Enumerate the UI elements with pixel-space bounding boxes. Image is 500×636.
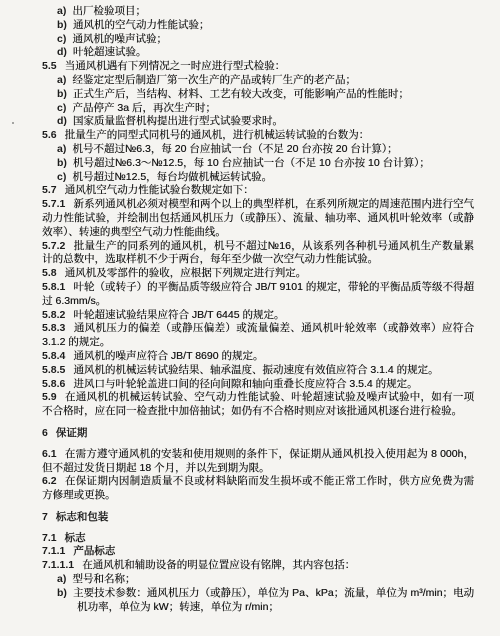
clause-text: 通风机空气动力性能试验台数规定如下： xyxy=(65,184,254,196)
clause-6-2: 6.2在保证期内因制造质量不良或材料缺陷而发生损坏或不能正常工作时，供方应免费为… xyxy=(42,475,474,503)
clause-number: 5.8.6 xyxy=(42,378,65,390)
item-label: a) xyxy=(57,573,66,585)
list-item: a)机号不超过№6.3，每 20 台应抽试一台（不足 20 台亦按 20 台计算… xyxy=(42,143,474,157)
clause-number: 5.8.2 xyxy=(42,309,65,321)
clause-5-7: 5.7通风机空气动力性能试验台数规定如下： xyxy=(42,184,474,198)
clause-number: 5.8.5 xyxy=(42,364,65,376)
clause-5-8-6: 5.8.6进风口与叶轮轮盖进口间的径向间隙和轴向重叠长度应符合 3.5.4 的规… xyxy=(42,378,474,392)
item-label: b) xyxy=(57,88,67,100)
item-label: d) xyxy=(57,46,67,58)
subsection-title: 标志 xyxy=(65,532,86,544)
item-label: d) xyxy=(57,115,67,127)
clause-text: 通风机压力的偏差（或静压偏差）或流量偏差、通风机叶轮效率（或静效率）应符合 3.… xyxy=(42,322,474,348)
subsection-title: 产品标志 xyxy=(73,545,115,557)
clause-5-6: 5.6批量生产的同型式同机号的通风机，进行机械运转试验的台数为： xyxy=(42,129,474,143)
clause-text: 在通风机和辅助设备的明显位置应设有铭牌，其内容包括： xyxy=(82,559,355,571)
section-number: 6 xyxy=(42,427,48,439)
clause-number: 6.1 xyxy=(42,448,57,460)
list-item: d)国家质量监督机构提出进行型式试验要求时。 xyxy=(42,115,474,129)
clause-number: 5.7 xyxy=(42,184,57,196)
clause-number: 5.5 xyxy=(42,60,57,72)
list-item: b)主要技术参数：通风机压力（或静压），单位为 Pa、kPa；流量，单位为 m³… xyxy=(42,587,474,615)
item-label: b) xyxy=(57,587,67,599)
item-text: 出厂检验项目； xyxy=(72,5,146,17)
clause-5-7-2: 5.7.2批量生产的同系列的通风机，机号不超过№16，从该系列各种机号通风机生产… xyxy=(42,240,474,268)
item-text: 正式生产后，当结构、材料、工艺有较大改变，可能影响产品的性能时； xyxy=(73,88,409,100)
item-text: 产品停产 3a 后，再次生产时； xyxy=(72,102,216,114)
item-label: b) xyxy=(57,157,67,169)
clause-number: 5.9 xyxy=(42,391,57,403)
clause-text: 通风机的机械运转试验结果、轴承温度、振动速度有效值应符合 3.1.4 的规定。 xyxy=(73,364,438,376)
clause-number: 7.1.1 xyxy=(42,545,65,557)
document-body: a)出厂检验项目； b)通风机的空气动力性能试验； c)通风机的噪声试验； d)… xyxy=(42,5,474,614)
item-text: 叶轮超速试验。 xyxy=(73,46,147,58)
list-item: b)机号超过№6.3～№12.5，每 10 台应抽试一台（不足 10 台亦按 1… xyxy=(42,157,474,171)
clause-5-8-3: 5.8.3通风机压力的偏差（或静压偏差）或流量偏差、通风机叶轮效率（或静效率）应… xyxy=(42,322,474,350)
item-label: c) xyxy=(57,171,66,183)
clause-number: 5.8.4 xyxy=(42,350,65,362)
clause-text: 在需方遵守通风机的安装和使用规则的条件下，保证期从通风机投入使用起为 8 000… xyxy=(42,448,474,474)
clause-7-1-1-1: 7.1.1.1在通风机和辅助设备的明显位置应设有铭牌，其内容包括： xyxy=(42,559,474,573)
item-text: 机号不超过№6.3，每 20 台应抽试一台（不足 20 台亦按 20 台计算）； xyxy=(72,143,397,155)
subsection-7-1-1: 7.1.1产品标志 xyxy=(42,545,474,559)
clause-text: 通风机的噪声应符合 JB/T 8690 的规定。 xyxy=(73,350,263,362)
clause-5-7-1: 5.7.1新系列通风机必须对模型和两个以上的典型样机，在系列所规定的周速范围内进… xyxy=(42,198,474,239)
list-item: a)型号和名称； xyxy=(42,573,474,587)
clause-text: 批量生产的同型式同机号的通风机，进行机械运转试验的台数为： xyxy=(65,129,370,141)
clause-5-8-2: 5.8.2叶轮超速试验结果应符合 JB/T 6445 的规定。 xyxy=(42,309,474,323)
item-text: 通风机的空气动力性能试验； xyxy=(73,19,210,31)
clause-number: 5.7.2 xyxy=(42,240,65,252)
clause-5-9: 5.9在通风机的机械运转试验、空气动力性能试验、叶轮超速试验及噪声试验中，如有一… xyxy=(42,391,474,419)
clause-number: 5.8 xyxy=(42,267,57,279)
item-label: a) xyxy=(57,143,66,155)
item-label: a) xyxy=(57,74,66,86)
clause-text: 进风口与叶轮轮盖进口间的径向间隙和轴向重叠长度应符合 3.5.4 的规定。 xyxy=(73,378,417,390)
scan-speck xyxy=(12,122,14,124)
item-text: 国家质量监督机构提出进行型式试验要求时。 xyxy=(73,115,283,127)
clause-text: 叶轮（或转子）的平衡品质等级应符合 JB/T 9101 的规定，带轮的平衡品质等… xyxy=(42,281,474,307)
list-item: b)通风机的空气动力性能试验； xyxy=(42,19,474,33)
clause-number: 5.7.1 xyxy=(42,198,65,210)
clause-text: 当通风机遇有下列情况之一时应进行型式检验： xyxy=(65,60,286,72)
clause-text: 叶轮超速试验结果应符合 JB/T 6445 的规定。 xyxy=(73,309,284,321)
clause-5-5: 5.5当通风机遇有下列情况之一时应进行型式检验： xyxy=(42,60,474,74)
section-heading-7: 7标志和包装 xyxy=(42,511,474,525)
item-label: c) xyxy=(57,33,66,45)
list-item: a)经鉴定定型后制造厂第一次生产的产品或转厂生产的老产品； xyxy=(42,74,474,88)
item-text: 机号超过№12.5，每台均做机械运转试验。 xyxy=(72,171,272,183)
list-item: a)出厂检验项目； xyxy=(42,5,474,19)
section-title: 标志和包装 xyxy=(56,511,109,523)
list-item: c)机号超过№12.5，每台均做机械运转试验。 xyxy=(42,171,474,185)
clause-text: 通风机及零部件的验收，应根据下列规定进行判定。 xyxy=(65,267,307,279)
clause-text: 新系列通风机必须对模型和两个以上的典型样机，在系列所规定的周速范围内进行空气动力… xyxy=(42,198,474,238)
clause-number: 5.8.3 xyxy=(42,322,65,334)
clause-5-8: 5.8通风机及零部件的验收，应根据下列规定进行判定。 xyxy=(42,267,474,281)
clause-text: 在通风机的机械运转试验、空气动力性能试验、叶轮超速试验及噪声试验中，如有一项不合… xyxy=(42,391,474,417)
clause-5-8-1: 5.8.1叶轮（或转子）的平衡品质等级应符合 JB/T 9101 的规定，带轮的… xyxy=(42,281,474,309)
list-item: c)产品停产 3a 后，再次生产时； xyxy=(42,102,474,116)
item-label: a) xyxy=(57,5,66,17)
subsection-7-1: 7.1标志 xyxy=(42,532,474,546)
item-text: 主要技术参数：通风机压力（或静压），单位为 Pa、kPa；流量，单位为 m³/m… xyxy=(73,587,474,613)
clause-6-1: 6.1在需方遵守通风机的安装和使用规则的条件下，保证期从通风机投入使用起为 8 … xyxy=(42,448,474,476)
list-item: d)叶轮超速试验。 xyxy=(42,46,474,60)
section-heading-6: 6保证期 xyxy=(42,427,474,441)
item-text: 型号和名称； xyxy=(72,573,135,585)
clause-number: 7.1 xyxy=(42,532,57,544)
clause-number: 6.2 xyxy=(42,475,57,487)
section-number: 7 xyxy=(42,511,48,523)
clause-number: 5.6 xyxy=(42,129,57,141)
clause-number: 5.8.1 xyxy=(42,281,65,293)
item-label: b) xyxy=(57,19,67,31)
document-page: a)出厂检验项目； b)通风机的空气动力性能试验； c)通风机的噪声试验； d)… xyxy=(0,0,500,636)
item-text: 经鉴定定型后制造厂第一次生产的产品或转厂生产的老产品； xyxy=(72,74,356,86)
clause-text: 在保证期内因制造质量不良或材料缺陷而发生损坏或不能正常工作时，供方应免费为需方修… xyxy=(42,475,474,501)
item-text: 通风机的噪声试验； xyxy=(72,33,167,45)
section-title: 保证期 xyxy=(56,427,88,439)
item-label: c) xyxy=(57,102,66,114)
clause-5-8-4: 5.8.4通风机的噪声应符合 JB/T 8690 的规定。 xyxy=(42,350,474,364)
item-text: 机号超过№6.3～№12.5，每 10 台应抽试一台（不足 10 台亦按 10 … xyxy=(73,157,430,169)
clause-text: 批量生产的同系列的通风机，机号不超过№16，从该系列各种机号通风机生产数量累计的… xyxy=(42,240,474,266)
list-item: c)通风机的噪声试验； xyxy=(42,33,474,47)
clause-5-8-5: 5.8.5通风机的机械运转试验结果、轴承温度、振动速度有效值应符合 3.1.4 … xyxy=(42,364,474,378)
clause-number: 7.1.1.1 xyxy=(42,559,74,571)
list-item: b)正式生产后，当结构、材料、工艺有较大改变，可能影响产品的性能时； xyxy=(42,88,474,102)
